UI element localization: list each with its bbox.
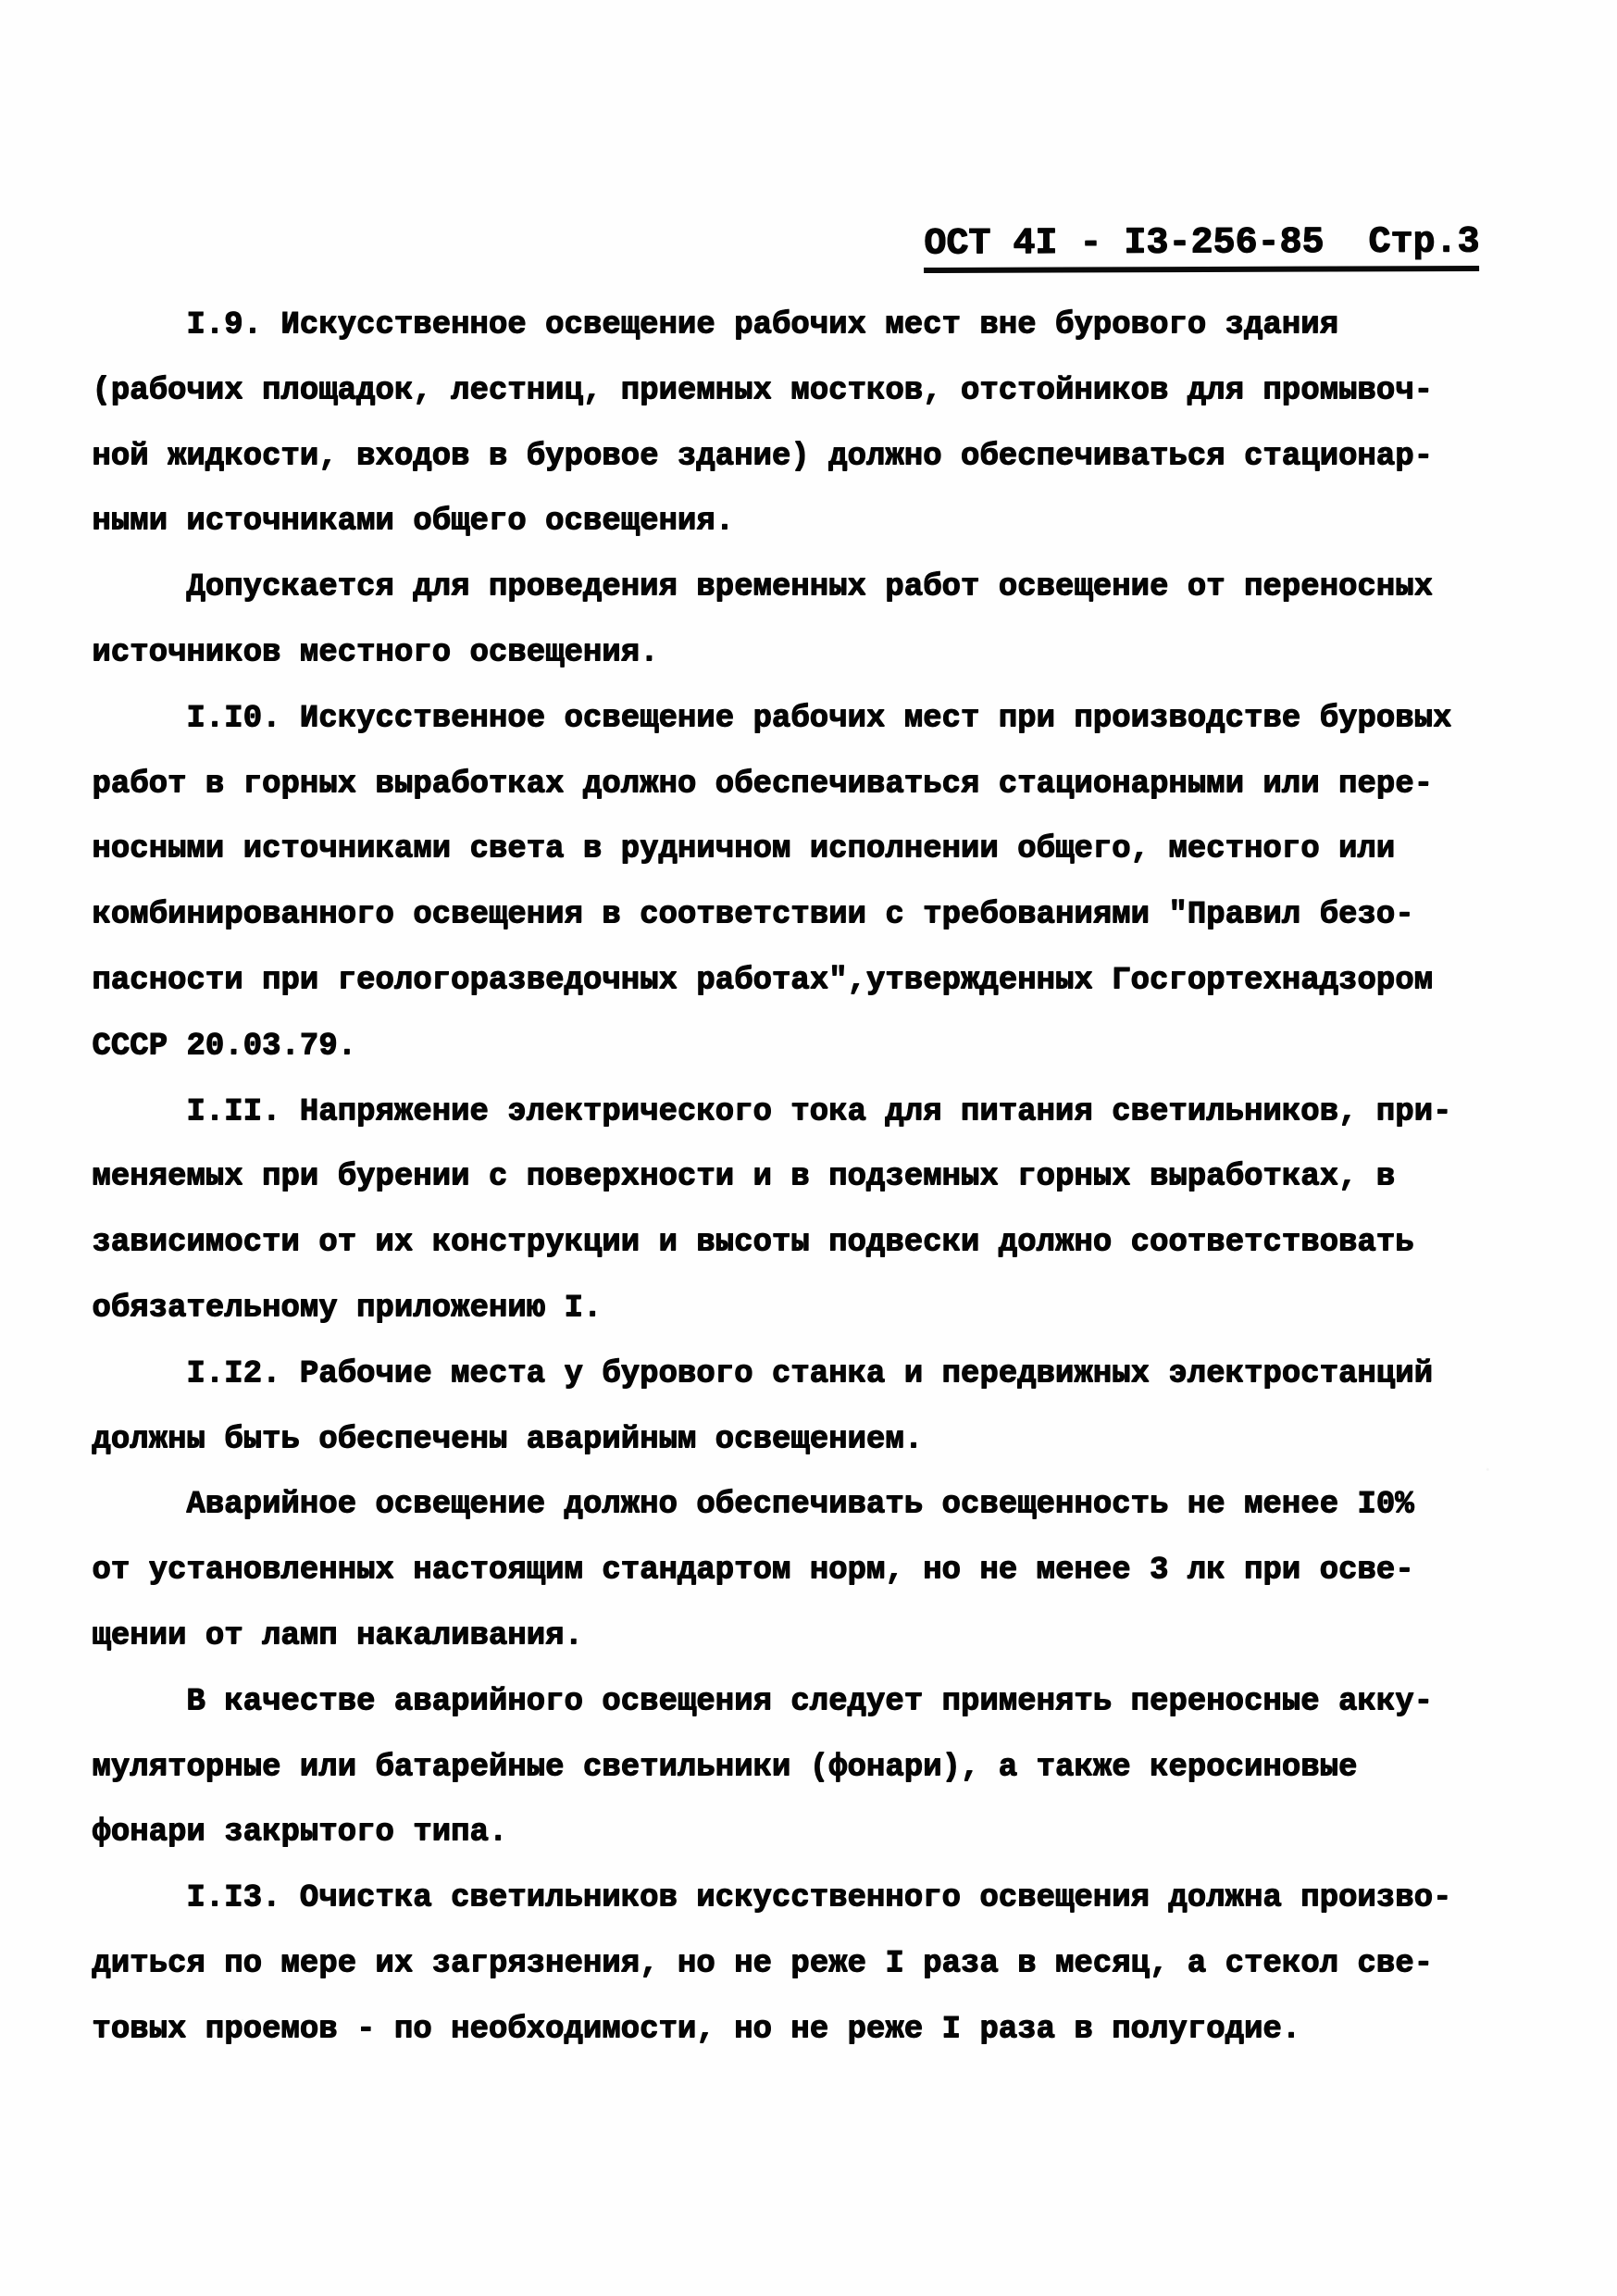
text-line: зависимости от их конструкции и высоты п… bbox=[92, 1210, 1517, 1276]
text-line: В качестве аварийного освещения следует … bbox=[92, 1669, 1517, 1735]
text-line: I.9. Искусственное освещение рабочих мес… bbox=[92, 293, 1517, 358]
text-line: обязательному приложению I. bbox=[92, 1276, 1517, 1341]
page-header: ОСТ 4I - I3-256-85 Стр.3 bbox=[924, 221, 1479, 273]
text-line: работ в горных выработках должно обеспеч… bbox=[92, 752, 1517, 817]
text-line: пасности при геологоразведочных работах"… bbox=[92, 948, 1517, 1014]
text-line: щении от ламп накаливания. bbox=[92, 1603, 1517, 1669]
text-line: комбинированного освещения в соответстви… bbox=[92, 882, 1517, 948]
text-line: I.II. Напряжение электрического тока для… bbox=[92, 1079, 1517, 1145]
text-line: меняемых при бурении с поверхности и в п… bbox=[92, 1144, 1517, 1210]
text-line: I.I2. Рабочие места у бурового станка и … bbox=[92, 1341, 1517, 1407]
text-line: диться по мере их загрязнения, но не реж… bbox=[92, 1931, 1517, 1997]
text-line: ными источниками общего освещения. bbox=[92, 489, 1517, 555]
text-line: муляторные или батарейные светильники (ф… bbox=[92, 1735, 1517, 1801]
text-line: (рабочих площадок, лестниц, приемных мос… bbox=[92, 358, 1517, 424]
text-line: I.I3. Очистка светильников искусственног… bbox=[92, 1865, 1517, 1931]
text-line: товых проемов - по необходимости, но не … bbox=[92, 1997, 1517, 2063]
text-line: ной жидкости, входов в буровое здание) д… bbox=[92, 424, 1517, 490]
document-page: ОСТ 4I - I3-256-85 Стр.3 I.9. Искусствен… bbox=[0, 0, 1617, 2296]
text-line: должны быть обеспечены аварийным освещен… bbox=[92, 1407, 1517, 1473]
text-line: I.I0. Искусственное освещение рабочих ме… bbox=[92, 686, 1517, 752]
text-line: носными источниками света в рудничном ис… bbox=[92, 817, 1517, 882]
text-line: источников местного освещения. bbox=[92, 620, 1517, 686]
text-line: Аварийное освещение должно обеспечивать … bbox=[92, 1472, 1517, 1538]
text-line: от установленных настоящим стандартом но… bbox=[92, 1538, 1517, 1603]
text-line: СССР 20.03.79. bbox=[92, 1014, 1517, 1079]
document-body: I.9. Искусственное освещение рабочих мес… bbox=[92, 293, 1517, 2063]
text-line: Допускается для проведения временных раб… bbox=[92, 555, 1517, 620]
text-line: фонари закрытого типа. bbox=[92, 1800, 1517, 1865]
